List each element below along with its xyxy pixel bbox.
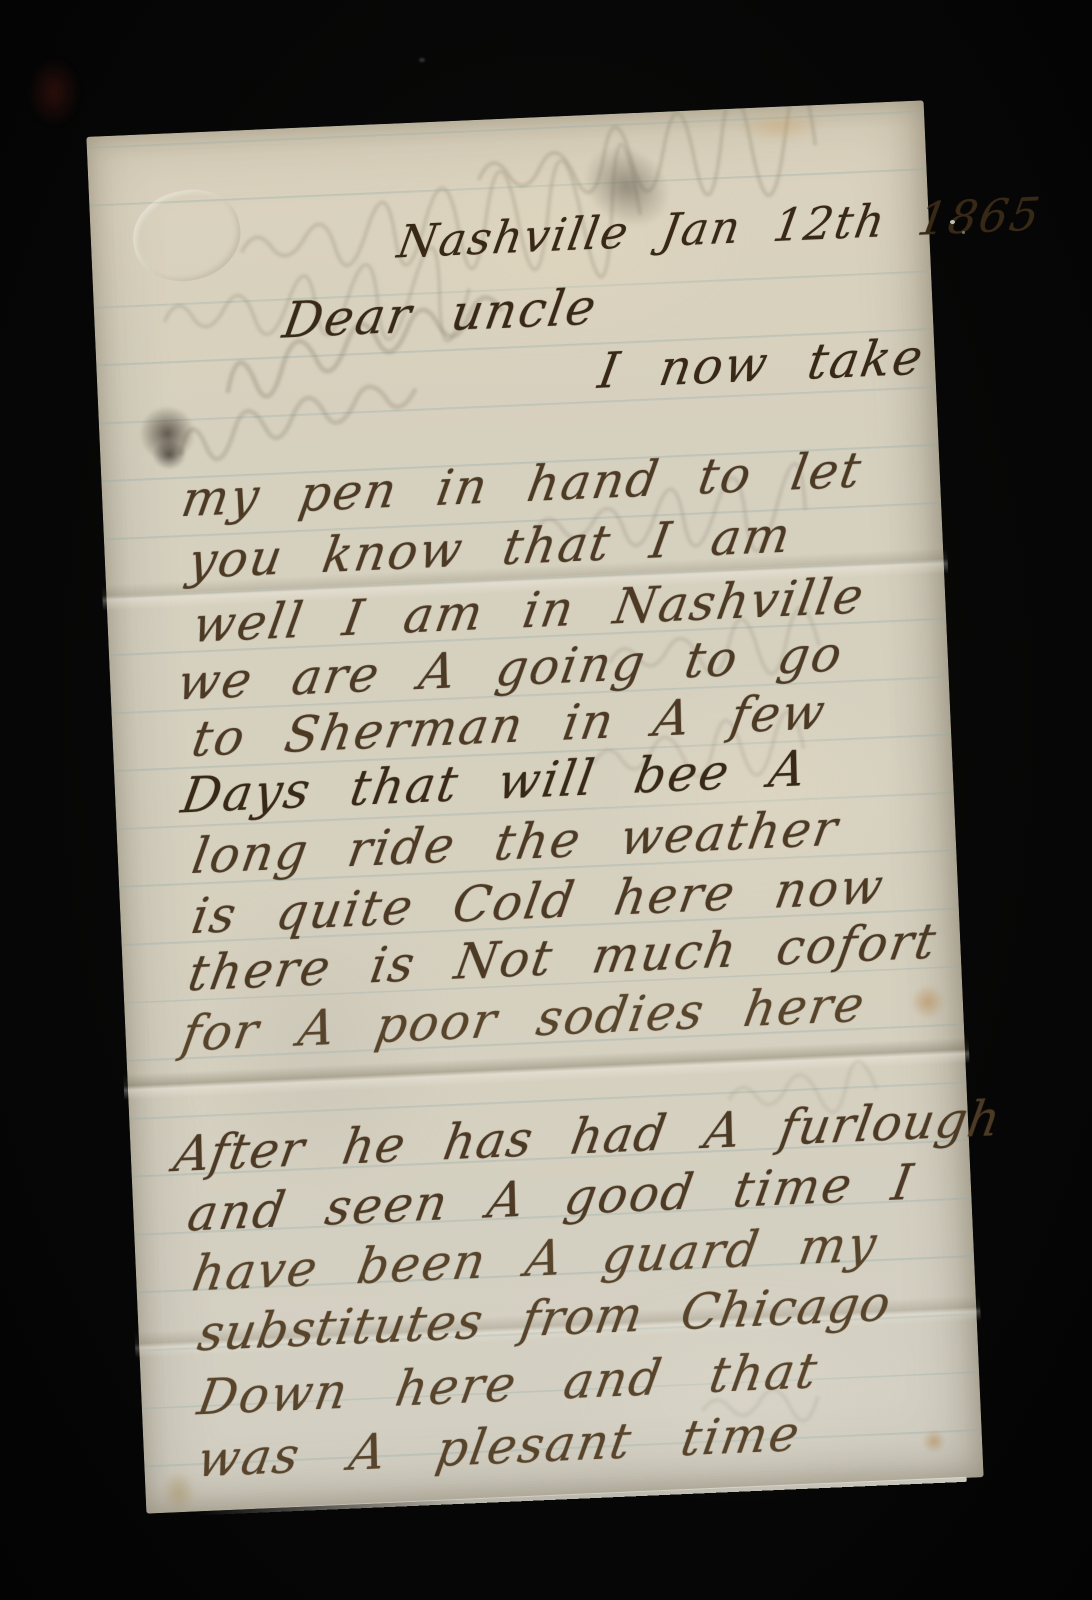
- photo-background: Nashville Jan 12th 1865 Dear uncle I now…: [0, 0, 1092, 1600]
- dust-speck: [950, 220, 955, 224]
- letter-line-salutation: Dear uncle: [279, 283, 601, 346]
- letter-sheet: Nashville Jan 12th 1865 Dear uncle I now…: [86, 100, 983, 1513]
- dust-speck: [962, 231, 965, 234]
- dust-speck: [419, 58, 425, 62]
- letter-line-opening: I now take: [595, 332, 928, 396]
- background-smudge: [28, 58, 80, 126]
